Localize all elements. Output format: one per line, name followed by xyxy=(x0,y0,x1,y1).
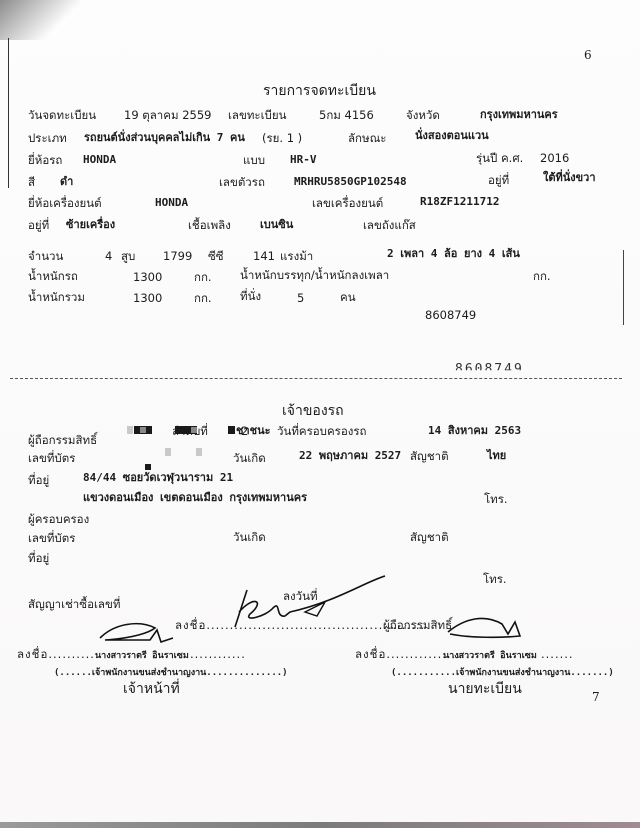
displacement: 1799 xyxy=(163,249,192,263)
vin-location: ใต้ที่นั่งขวา xyxy=(543,171,596,185)
redaction-mark xyxy=(196,448,202,456)
registrar-sign-line-tail: ....... xyxy=(541,647,574,661)
redaction-mark xyxy=(127,426,133,434)
right-margin-rule xyxy=(623,250,624,325)
seats-label: ที่นั่ง xyxy=(240,289,261,303)
officer-sign-line-tail: ............ xyxy=(190,647,246,661)
owner-label: ผู้ถือกรรมสิทธิ์ xyxy=(28,433,97,447)
officer-signature-icon xyxy=(95,618,185,646)
horsepower: 141 xyxy=(253,249,275,263)
fuel-label: เชื้อเพลิง xyxy=(188,218,231,232)
owner-id-label: เลขที่บัตร xyxy=(28,451,75,465)
gross-weight: 1300 xyxy=(133,291,162,305)
possessor-label: ผู้ครอบครอง xyxy=(28,512,89,526)
province: กรุงเทพมหานคร xyxy=(480,108,558,122)
registrar-position: (...........เจ้าพนักงานขนส่งชำนาญงาน....… xyxy=(391,666,614,680)
vehicle-style: นั่งสองตอนแวน xyxy=(415,129,489,143)
serial-number-cut: 8608749 xyxy=(455,362,524,377)
plate-label: เลขทะเบียน xyxy=(228,108,286,122)
registration-title: รายการจดทะเบียน xyxy=(263,84,376,98)
brand: HONDA xyxy=(83,153,116,167)
registrar-name: นางสาวราตรี อินราเซม xyxy=(443,649,537,663)
reg-date: 19 ตุลาคม 2559 xyxy=(124,108,211,122)
axles-wheels: 2 เพลา 4 ล้อ ยาง 4 เส้น xyxy=(387,247,520,261)
displacement-unit: ซีซี xyxy=(208,249,224,263)
possessor-address-label: ที่อยู่ xyxy=(28,551,49,565)
year-label: รุ่นปี ค.ศ. xyxy=(476,151,523,165)
redaction-mark xyxy=(191,427,197,433)
possessor-dob-label: วันเกิด xyxy=(233,530,266,544)
count-label: จำนวน xyxy=(28,249,63,263)
officer-sign-line: ลงชื่อ........... xyxy=(17,647,100,661)
registrar-role: นายทะเบียน xyxy=(448,682,522,696)
officer-position: (......เจ้าพนักงานขนส่งชำนาญงาน.........… xyxy=(54,666,288,680)
left-margin-rule xyxy=(8,38,9,188)
owner-dob-label: วันเกิด xyxy=(233,451,266,465)
brand-label: ยี่ห้อรถ xyxy=(28,153,62,167)
weight-unit: กก. xyxy=(194,270,212,284)
registrar-signature-icon xyxy=(440,610,530,642)
vin-label: เลขตัวรถ xyxy=(219,175,265,189)
color-label: สี xyxy=(28,175,35,189)
owner-dob: 22 พฤษภาคม 2527 xyxy=(299,449,401,463)
engine-location-label: อยู่ที่ xyxy=(28,218,49,232)
page-number-bottom: 7 xyxy=(592,690,600,704)
load-unit: กก. xyxy=(533,269,551,283)
reg-date-label: วันจดทะเบียน xyxy=(28,108,96,122)
vehicle-type: รถยนต์นั่งส่วนบุคคลไม่เกิน 7 คน xyxy=(84,131,245,145)
page-number-top: 6 xyxy=(584,48,592,62)
owner-address-label: ที่อยู่ xyxy=(28,473,49,487)
vehicle-weight: 1300 xyxy=(133,270,162,284)
owner-address-line1: 84/44 ซอยวัดเวฬุวนาราม 21 xyxy=(83,471,233,485)
seats: 5 xyxy=(297,291,304,305)
seats-unit: คน xyxy=(340,290,356,304)
redaction-mark xyxy=(228,426,235,434)
officer-role: เจ้าหน้าที่ xyxy=(123,682,180,696)
owner-nationality-label: สัญชาติ xyxy=(410,449,449,463)
engine-no: R18ZF1211712 xyxy=(420,195,499,209)
owner-address-line2: แขวงดอนเมือง เขตดอนเมือง กรุงเทพมหานคร xyxy=(83,491,307,505)
owner-phone-label: โทร. xyxy=(484,492,508,506)
redaction-mark xyxy=(140,427,146,433)
hire-purchase-label: สัญญาเช่าซื้อเลขที่ xyxy=(28,597,120,611)
color: ดำ xyxy=(60,175,73,189)
engine-no-label: เลขเครื่องยนต์ xyxy=(312,196,383,210)
possessor-phone-label: โทร. xyxy=(483,572,507,586)
registration-page: 6 รายการจดทะเบียน วันจดทะเบียน 19 ตุลาคม… xyxy=(0,0,640,828)
weight-label: น้ำหนักรถ xyxy=(28,269,78,283)
redaction-mark xyxy=(145,464,151,470)
officer-name: นางสาวราตรี อินราเซม xyxy=(95,649,189,663)
horsepower-unit: แรงม้า xyxy=(280,249,313,263)
vin: MRHRU5850GP102548 xyxy=(294,175,407,189)
possessor-nationality-label: สัญชาติ xyxy=(410,530,449,544)
serial-number: 8608749 xyxy=(425,308,476,322)
load-label: น้ำหนักบรรทุก/น้ำหนักลงเพลา xyxy=(240,268,389,282)
type-label: ประเภท xyxy=(28,131,67,145)
page-bottom-edge xyxy=(0,822,640,828)
engine-location: ซ้ายเครื่อง xyxy=(66,218,115,232)
engine-brand: HONDA xyxy=(155,196,188,210)
cylinders-unit: สูบ xyxy=(121,249,135,263)
owner-signature-icon xyxy=(195,572,395,632)
vin-location-label: อยู่ที่ xyxy=(488,173,509,187)
owner-title: เจ้าของรถ xyxy=(282,404,344,418)
model: HR-V xyxy=(290,153,317,167)
model-year: 2016 xyxy=(540,151,569,165)
owner-name: ชาชนะ xyxy=(236,424,271,438)
gross-weight-unit: กก. xyxy=(194,291,212,305)
gas-tank-label: เลขถังแก๊ส xyxy=(363,218,416,232)
model-label: แบบ xyxy=(243,153,265,167)
page-corner-shadow xyxy=(0,0,80,40)
style-label: ลักษณะ xyxy=(348,131,386,145)
type-code: (รย. 1 ) xyxy=(262,131,302,145)
possessor-id-label: เลขที่บัตร xyxy=(28,531,75,545)
redaction-mark xyxy=(165,448,171,456)
possession-date-label: วันที่ครอบครองรถ xyxy=(277,424,367,438)
gross-weight-label: น้ำหนักรวม xyxy=(28,290,85,304)
province-label: จังหวัด xyxy=(406,108,440,122)
owner-nationality: ไทย xyxy=(487,449,506,463)
engine-brand-label: ยี่ห้อเครื่องยนต์ xyxy=(28,196,102,210)
plate-number: 5กม 4156 xyxy=(319,108,374,122)
cylinders: 4 xyxy=(105,249,112,263)
possession-date: 14 สิงหาคม 2563 xyxy=(428,424,521,438)
section-divider xyxy=(10,378,622,379)
fuel: เบนซิน xyxy=(260,218,293,232)
